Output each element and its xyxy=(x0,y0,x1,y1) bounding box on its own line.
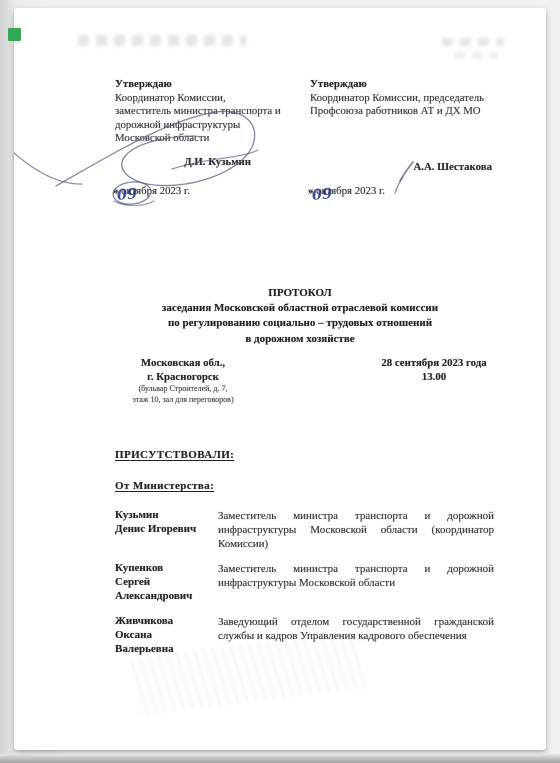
document-page: Утверждаю Координатор Комиссии, заместит… xyxy=(14,8,546,750)
title-line: по регулированию социально – трудовых от… xyxy=(100,316,500,331)
approval-label: Утверждаю xyxy=(310,78,510,92)
title-line: в дорожном хозяйстве xyxy=(100,332,500,347)
screen-edge xyxy=(0,754,560,763)
title-line: ПРОТОКОЛ xyxy=(100,286,500,301)
attendee-role-line: инфраструктуры Московской области (коорд… xyxy=(218,523,494,537)
scan-viewport: Утверждаю Координатор Комиссии, заместит… xyxy=(0,0,560,763)
bleedthrough-smudge xyxy=(454,52,498,59)
attendee-name: Кузьмин Денис Игоревич xyxy=(115,509,215,537)
ink-path xyxy=(14,146,82,184)
meeting-place: Московская обл., г. Красногорск (бульвар… xyxy=(114,357,252,405)
attendee-name-line: Купенков xyxy=(115,562,215,576)
date-text: » октября 2023 г. xyxy=(308,185,385,197)
meeting-date: 28 сентября 2023 года xyxy=(372,357,496,371)
approval-line: Координатор Комиссии, xyxy=(115,92,315,106)
approval-line: Московской области xyxy=(115,132,315,146)
attendee-name-line: Оксана xyxy=(115,629,215,643)
ink-path xyxy=(395,177,403,193)
attendees-heading: ПРИСУТСТВОВАЛИ: xyxy=(115,449,234,461)
attendee-role-line: Заведующий отделом государственной гражд… xyxy=(218,615,494,629)
place-note: этаж 10, зал для переговоров) xyxy=(114,395,252,406)
approval-label: Утверждаю xyxy=(115,78,315,92)
title-line: заседания Московской областной отраслево… xyxy=(100,301,500,316)
attendee-name-line: Кузьмин xyxy=(115,509,215,523)
attendee-role-line: Комиссии) xyxy=(218,537,494,551)
approval-date-right: « 09 » октября 2023 г. xyxy=(308,185,336,202)
approval-date-left: « 09 » октября 2023 г. xyxy=(113,185,141,202)
attendee-name-line: Александрович xyxy=(115,590,215,604)
attendee-name-line: Сергей xyxy=(115,576,215,590)
approval-line: Координатор Комиссии, председатель xyxy=(310,92,510,106)
approval-block-right: Утверждаю Координатор Комиссии, председа… xyxy=(310,78,510,119)
attendee-name-line: Живчикова xyxy=(115,615,215,629)
document-title: ПРОТОКОЛ заседания Московской областной … xyxy=(100,286,500,347)
signatory-name-left: Д.И. Кузьмин xyxy=(115,156,251,168)
bleedthrough-smudge xyxy=(78,35,246,46)
approval-line: Профсоюза работников АТ и ДХ МО xyxy=(310,105,510,119)
place-note: (бульвар Строителей, д. 7, xyxy=(114,384,252,395)
place-line: г. Красногорск xyxy=(114,371,252,385)
attendee-role-line: инфраструктуры Московской области xyxy=(218,576,494,590)
attendee-role: Заместитель министра транспорта и дорожн… xyxy=(218,562,494,590)
attendee-name-line: Денис Игоревич xyxy=(115,523,215,537)
group-heading: От Министерства: xyxy=(115,480,214,492)
approval-line: заместитель министра транспорта и xyxy=(115,105,315,119)
attendee-role-line: Заместитель министра транспорта и дорожн… xyxy=(218,562,494,576)
attendee-name: Купенков Сергей Александрович xyxy=(115,562,215,603)
meeting-time: 13.00 xyxy=(372,371,496,385)
approval-block-left: Утверждаю Координатор Комиссии, заместит… xyxy=(115,78,315,146)
attendee-role-line: Заместитель министра транспорта и дорожн… xyxy=(218,509,494,523)
bleedthrough-smudge xyxy=(442,38,504,46)
meeting-datetime: 28 сентября 2023 года 13.00 xyxy=(372,357,496,384)
green-corner-marker xyxy=(8,28,21,41)
approval-line: дорожной инфраструктуры xyxy=(115,119,315,133)
attendee-role: Заместитель министра транспорта и дорожн… xyxy=(218,509,494,551)
signatory-name-right: А.А. Шестакова xyxy=(310,161,492,173)
place-line: Московская обл., xyxy=(114,357,252,371)
date-text: » октября 2023 г. xyxy=(113,185,190,197)
